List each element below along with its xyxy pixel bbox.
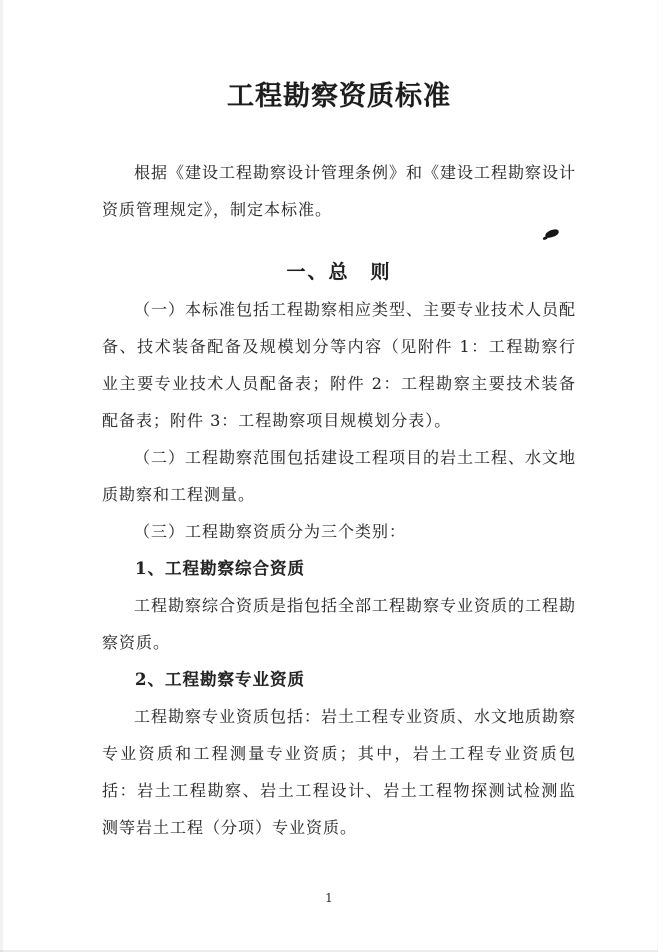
- paragraph-item-3: （三）工程勘察资质分为三个类别：: [102, 513, 576, 550]
- section-heading: 一、总 则: [102, 257, 576, 287]
- paragraph-item-1: （一）本标准包括工程勘察相应类型、主要专业技术人员配备、技术装备配备及规模划分等…: [102, 291, 576, 439]
- page-number: 1: [325, 891, 333, 905]
- page-footer: 1: [0, 887, 658, 906]
- subsection-2-body: 工程勘察专业资质包括：岩土工程专业资质、水文地质勘察专业资质和工程测量专业资质；…: [102, 698, 576, 846]
- intro-paragraph: 根据《建设工程勘察设计管理条例》和《建设工程勘察设计资质管理规定》，制定本标准。: [102, 154, 576, 228]
- document-page: 工程勘察资质标准 根据《建设工程勘察设计管理条例》和《建设工程勘察设计资质管理规…: [0, 0, 658, 952]
- ink-blot-mark: [545, 228, 559, 240]
- subsection-1-body: 工程勘察综合资质是指包括全部工程勘察专业资质的工程勘察资质。: [102, 587, 576, 661]
- document-title: 工程勘察资质标准: [102, 80, 576, 114]
- paragraph-item-2: （二）工程勘察范围包括建设工程项目的岩土工程、水文地质勘察和工程测量。: [102, 439, 576, 513]
- subsection-1-heading: 1、工程勘察综合资质: [102, 550, 576, 587]
- subsection-2-heading: 2、工程勘察专业资质: [102, 661, 576, 698]
